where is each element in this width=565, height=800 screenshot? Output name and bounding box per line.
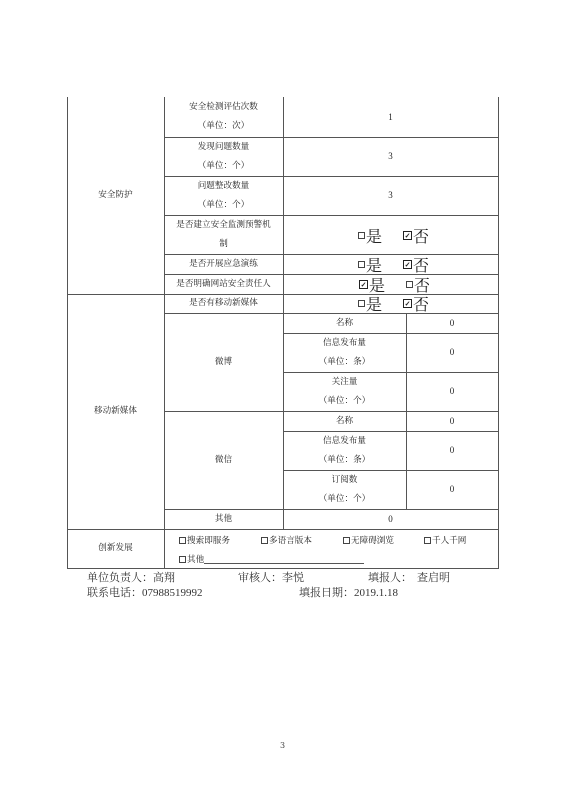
wechat-subscribers-value: 0 <box>406 470 498 509</box>
value-text: 3 <box>388 147 393 166</box>
checked-box-icon: ✓ <box>403 260 412 269</box>
row-label-warning-mechanism: 是否建立安全监测预警机 制 <box>164 215 283 254</box>
phone-value: 07988519992 <box>142 587 203 599</box>
unchecked-box-icon <box>358 232 365 239</box>
wechat-label: 微信 <box>164 411 283 509</box>
wechat-name-value: 0 <box>406 411 498 431</box>
checkbox-yes-has-mobile-media[interactable]: 是 <box>358 294 382 313</box>
phone-label: 联系电话： <box>87 586 142 599</box>
row-label-problems-found: 发现问题数量 （单位：个） <box>164 137 283 176</box>
label-unit: （单位：条） <box>319 451 371 470</box>
label-unit: （单位：次） <box>198 117 250 136</box>
label-line: 信息发布量 <box>323 334 366 353</box>
reviewer-name: 李悦 <box>282 571 304 584</box>
filler-name: 查启明 <box>417 571 450 584</box>
weibo-label: 微博 <box>164 313 283 411</box>
section-label-text: 创新发展 <box>98 539 132 558</box>
filler: 填报人：查启明 <box>368 569 450 585</box>
checkbox-no-has-mobile-media[interactable]: ✓ 否 <box>403 294 429 313</box>
checkbox-label: 无障碍浏览 <box>351 534 394 546</box>
checkbox-label: 否 <box>413 224 429 247</box>
reviewer-label: 审核人： <box>238 571 282 584</box>
row-label-emergency-drill: 是否开展应急演练 <box>164 254 283 274</box>
weibo-followers-label: 关注量 （单位：个） <box>283 372 406 411</box>
label-line: 制 <box>219 235 228 254</box>
label-line: 安全检测评估次数 <box>189 98 258 117</box>
label-line: 名称 <box>336 314 353 333</box>
label-line: 是否有移动新媒体 <box>189 294 258 313</box>
label-line: 是否明确网站安全责任人 <box>176 275 271 294</box>
other-media-label: 其他 <box>164 509 283 529</box>
label-line: 关注量 <box>332 373 358 392</box>
row-label-problems-fixed: 问题整改数量 （单位：个） <box>164 176 283 215</box>
other-media-value: 0 <box>283 509 498 529</box>
responsible-person: 单位负责人：高翔 <box>87 569 175 585</box>
checkbox-label: 是 <box>366 224 382 247</box>
weibo-name-label: 名称 <box>283 313 406 333</box>
filler-label: 填报人： <box>368 571 412 584</box>
reviewer: 审核人：李悦 <box>238 569 304 585</box>
contact-phone: 联系电话：07988519992 <box>87 584 203 600</box>
weibo-posts-value: 0 <box>406 333 498 372</box>
weibo-followers-value: 0 <box>406 372 498 411</box>
label-line: 是否开展应急演练 <box>189 255 258 274</box>
checkbox-yes-warning-mechanism[interactable]: 是 <box>358 226 382 245</box>
label-line: 发现问题数量 <box>198 138 250 157</box>
label-line: 信息发布量 <box>323 432 366 451</box>
checked-box-icon: ✓ <box>403 231 412 240</box>
value-problems-found: 3 <box>283 137 498 176</box>
unchecked-box-icon <box>406 281 413 288</box>
value-text: 0 <box>388 510 393 529</box>
value-assessment-count: 1 <box>283 97 498 137</box>
wechat-subscribers-label: 订阅数 （单位：个） <box>283 470 406 509</box>
unchecked-box-icon <box>358 261 365 268</box>
label-line: 名称 <box>336 412 353 431</box>
checkbox-accessibility[interactable]: 无障碍浏览 <box>343 534 394 546</box>
unchecked-box-icon <box>261 537 268 544</box>
value-text: 0 <box>450 480 455 499</box>
value-text: 0 <box>450 343 455 362</box>
section-label-innovation: 创新发展 <box>67 529 164 568</box>
value-text: 0 <box>450 412 455 431</box>
other-fill-line[interactable] <box>204 554 364 564</box>
responsible-label: 单位负责人： <box>87 571 153 584</box>
value-text: 0 <box>450 382 455 401</box>
date-label: 填报日期： <box>299 586 354 599</box>
row-label-has-mobile-media: 是否有移动新媒体 <box>164 294 283 313</box>
section-label-text: 移动新媒体 <box>94 402 137 421</box>
label-line: 微博 <box>215 353 232 372</box>
checkbox-multilingual[interactable]: 多语言版本 <box>261 534 312 546</box>
value-text: 3 <box>388 186 393 205</box>
checkbox-label: 千人千网 <box>432 534 466 546</box>
label-unit: （单位：个） <box>198 157 250 176</box>
label-unit: （单位：个） <box>319 490 371 509</box>
checkbox-label: 多语言版本 <box>269 534 312 546</box>
value-text: 0 <box>450 441 455 460</box>
value-text: 1 <box>388 108 393 127</box>
checkbox-label: 其他 <box>187 553 204 565</box>
label-line: 微信 <box>215 451 232 470</box>
row-label-assessment-count: 安全检测评估次数 （单位：次） <box>164 97 283 137</box>
page-number: 3 <box>280 741 285 750</box>
label-line: 是否建立安全监测预警机 <box>176 216 271 235</box>
checkbox-label: 否 <box>413 292 429 315</box>
wechat-posts-value: 0 <box>406 431 498 470</box>
label-line: 订阅数 <box>332 471 358 490</box>
wechat-posts-label: 信息发布量 （单位：条） <box>283 431 406 470</box>
checkbox-yes-emergency-drill[interactable]: 是 <box>358 255 382 274</box>
date-value: 2019.1.18 <box>354 587 398 599</box>
unchecked-box-icon <box>424 537 431 544</box>
checkbox-label: 是 <box>366 292 382 315</box>
value-text: 0 <box>450 314 455 333</box>
checked-box-icon: ✓ <box>403 299 412 308</box>
document-page: 安全防护 安全检测评估次数 （单位：次） 1 发现问题数量 （单位：个） 3 问… <box>0 0 565 800</box>
checked-box-icon: ✓ <box>359 280 368 289</box>
label-unit: （单位：条） <box>319 353 371 372</box>
section-label-mobile-media: 移动新媒体 <box>67 294 164 529</box>
responsible-name: 高翔 <box>153 571 175 584</box>
unchecked-box-icon <box>179 537 186 544</box>
checkbox-search-as-service[interactable]: 搜索即服务 <box>179 534 230 546</box>
section-label-security: 安全防护 <box>67 97 164 294</box>
checkbox-label: 搜索即服务 <box>187 534 230 546</box>
label-line: 问题整改数量 <box>198 177 250 196</box>
row-label-security-owner: 是否明确网站安全责任人 <box>164 274 283 294</box>
unchecked-box-icon <box>358 300 365 307</box>
checkbox-personalized[interactable]: 千人千网 <box>424 534 466 546</box>
label-unit: （单位：个） <box>198 196 250 215</box>
label-unit: （单位：个） <box>319 392 371 411</box>
wechat-name-label: 名称 <box>283 411 406 431</box>
unchecked-box-icon <box>179 556 186 563</box>
unchecked-box-icon <box>343 537 350 544</box>
weibo-posts-label: 信息发布量 （单位：条） <box>283 333 406 372</box>
value-problems-fixed: 3 <box>283 176 498 215</box>
checkbox-no-warning-mechanism[interactable]: ✓ 否 <box>403 226 429 245</box>
label-line: 其他 <box>215 510 232 529</box>
checkbox-no-emergency-drill[interactable]: ✓ 否 <box>403 255 429 274</box>
weibo-name-value: 0 <box>406 313 498 333</box>
checkbox-other-innovation[interactable]: 其他 <box>179 553 364 565</box>
section-label-text: 安全防护 <box>98 186 132 205</box>
fill-date: 填报日期：2019.1.18 <box>299 584 398 600</box>
